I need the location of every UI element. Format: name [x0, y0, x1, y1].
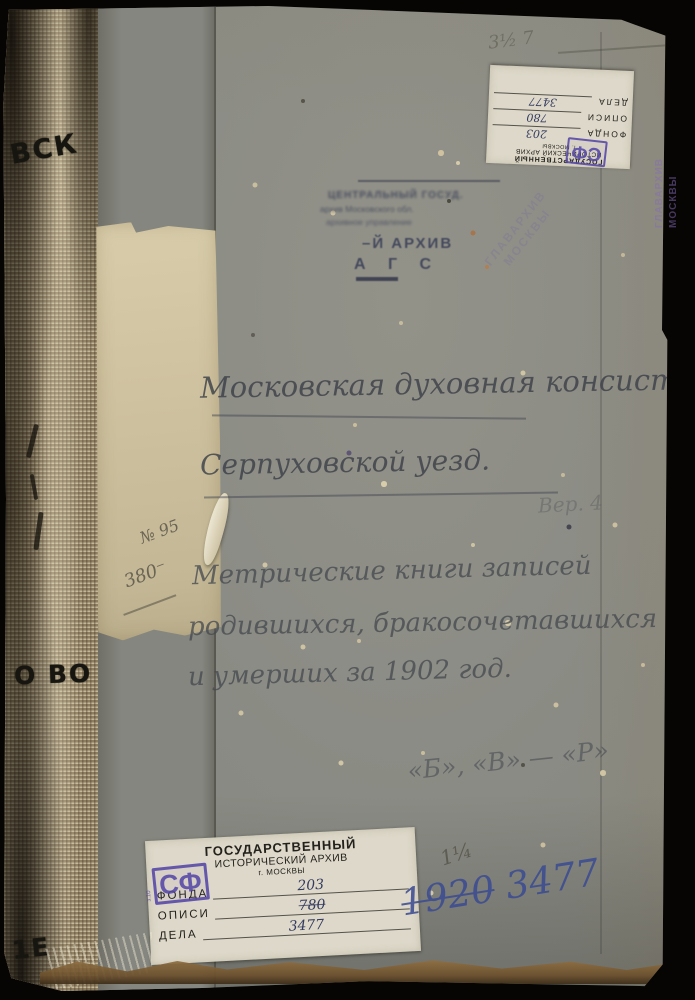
subject-line-1: Метрические книги записей [192, 551, 592, 591]
stamp-rule-line [358, 180, 500, 182]
dark-specks [2, 4, 4, 6]
top-pencil-note: 3½ 7 [487, 27, 535, 53]
tape-pencil-number-2: 380⁻ [121, 557, 169, 592]
delo-label: ДЕЛА [597, 97, 628, 108]
subject-line-3: и умерших за 1902 год. [188, 654, 513, 692]
archive-label-bottom: ГОСУДАРСТВЕННЫЙ ИСТОРИЧЕСКИЙ АРХИВ г. МО… [145, 827, 421, 965]
subject-line-2: родившихся, бракосочетавшихся [188, 604, 658, 642]
tape-pencil-number: № 95 [137, 515, 182, 547]
tape-pencil-underline [123, 594, 176, 616]
sf-stamp: СФ [565, 137, 608, 167]
archive-book-cover-photo: ВСК О ВО 1Е № 95 380⁻ 3½ 7 ГОСУДАРСТВЕНН… [0, 0, 695, 1000]
blue-archive-number: 1920 3477 [398, 851, 602, 925]
title-underline-2 [204, 492, 558, 499]
edge-stamp-line2: МОСКВЫ [668, 158, 679, 228]
sf-stamp: СФ [151, 863, 209, 905]
pencil-fraction-note: 1¼ [437, 838, 475, 871]
edge-purple-stamp: ГЛАВАРХИВ МОСКВЫ [654, 158, 679, 228]
title-line-1: Московская духовная консистория [200, 361, 695, 405]
fond-label: ФОНДА [585, 128, 626, 140]
delo-label: ДЕЛА [159, 929, 198, 943]
book-cover: ВСК О ВО 1Е № 95 380⁻ 3½ 7 ГОСУДАРСТВЕНН… [2, 4, 668, 992]
stamp-underbar [356, 277, 398, 281]
top-pencil-scribble [558, 44, 670, 54]
title-underline-1 [212, 414, 526, 419]
stamp-blurred-line2: архив Московского обл. [320, 204, 520, 214]
opis-label: ОПИСИ [158, 908, 211, 923]
stamp-blurred-line1: ЦЕНТРАЛЬНЫЙ ГОСУД. [328, 190, 520, 201]
opis-value: 780 [493, 108, 581, 126]
margin-pencil-note: Вер. 4 [537, 490, 603, 517]
edge-stamp-line1: ГЛАВАРХИВ [654, 158, 665, 228]
spine-mark-middle: О ВО [14, 659, 93, 691]
title-line-2: Серпуховской уезд. [200, 443, 491, 481]
kept-number: 3477 [503, 851, 603, 908]
letters-range-note: «Б», «В» — «Р» [406, 736, 610, 786]
label-side-note: з.10 [146, 890, 153, 901]
opis-label: ОПИСИ [586, 112, 627, 124]
delo-value: 3477 [493, 92, 592, 110]
stamp-blurred-line3: архивное управление [326, 217, 520, 227]
paper-speckles [2, 4, 4, 6]
archive-label-top: ГОСУДАРСТВЕННЫЙ ИСТОРИЧЕСКИЙ АРХИВ г. МО… [486, 65, 634, 169]
